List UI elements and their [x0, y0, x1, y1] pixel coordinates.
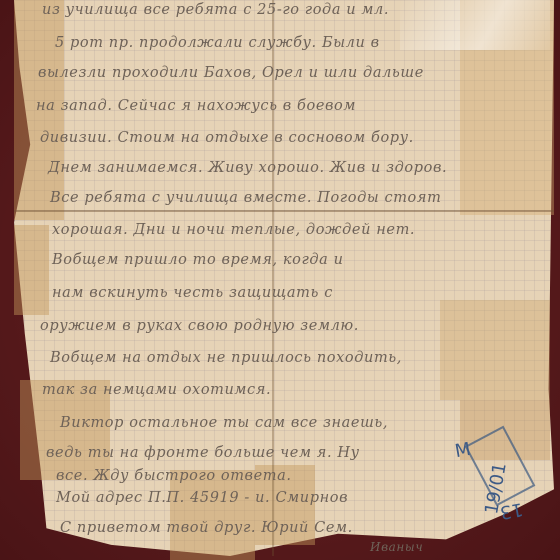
- letter-line: Мой адрес П.П. 45919 - и. Смирнов: [56, 490, 348, 506]
- letter-line: на запад. Сейчас я нахожусь в боевом: [36, 98, 356, 114]
- stamp-mark: 13: [498, 498, 524, 523]
- letter-text: из училища все ребята с 25-го года и мл.…: [0, 0, 560, 560]
- letter-line: Днем занимаемся. Живу хорошо. Жив и здор…: [48, 160, 447, 176]
- letter-line: оружием в руках свою родную землю.: [40, 318, 359, 334]
- letter-line: С приветом твой друг. Юрий Сем.: [60, 520, 353, 536]
- letter-line: Вобщем на отдых не пришлось походить,: [50, 350, 402, 366]
- letter-line: из училища все ребята с 25-го года и мл.: [42, 2, 389, 18]
- letter-line: все. Жду быстрого ответа.: [56, 468, 292, 484]
- letter-line: вылезли проходили Бахов, Орел и шли даль…: [38, 65, 424, 81]
- letter-line: ведь ты на фронте больше чем я. Ну: [46, 445, 360, 461]
- letter-line: так за немцами охотимся.: [42, 382, 271, 398]
- letter-line: хорошая. Дни и ночи теплые, дождей нет.: [52, 222, 415, 238]
- letter-line: нам вскинуть честь защищать с: [52, 285, 333, 301]
- letter-line: 5 рот пр. продолжали службу. Были в: [55, 35, 380, 51]
- letter-line: Вобщем пришло то время, когда и: [52, 252, 344, 268]
- letter-line: Все ребята с училища вместе. Погоды стоя…: [50, 190, 441, 206]
- letter-line: Иваныч: [370, 540, 423, 554]
- letter-line: Виктор остальное ты сам все знаешь,: [60, 415, 388, 431]
- letter-line: дивизии. Стоим на отдыхе в сосновом бору…: [40, 130, 414, 146]
